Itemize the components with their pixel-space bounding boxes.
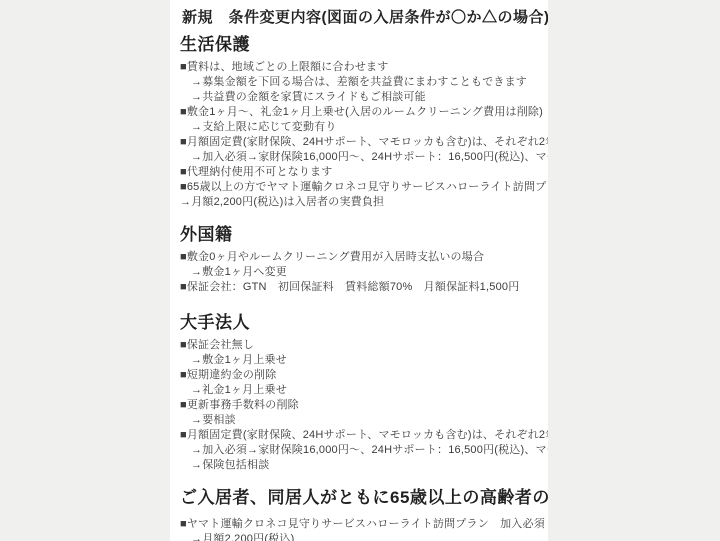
arrow-line: →月額2,200円(税込)は入居者の実費負担 (180, 195, 540, 210)
bullet-line: ■更新事務手数料の削除 (180, 398, 540, 413)
section-heading: 大手法人 (180, 313, 540, 332)
section-heading: ご入居者、同居人がともに65歳以上の高齢者の場合 (180, 488, 540, 507)
arrow-line: →礼金1ヶ月上乗せ (180, 383, 540, 398)
bullet-line: ■月額固定費(家財保険、24Hサポート、マモロッカも含む)は、それぞれ2年一括に… (180, 135, 540, 150)
bullet-line: ■保証会社：GTN 初回保証料 賃料総額70% 月額保証料1,500円 (180, 280, 540, 295)
bullet-line: ■賃料は、地域ごとの上限額に合わせます (180, 60, 540, 75)
arrow-line: →支給上限に応じて変動有り (180, 120, 540, 135)
section: 外国籍■敷金0ヶ月やルームクリーニング費用が入居時支払いの場合→敷金1ヶ月へ変更… (180, 225, 540, 295)
arrow-line: →保険包括相談 (180, 458, 540, 473)
section-heading: 外国籍 (180, 225, 540, 244)
arrow-line: →加入必須→家財保険16,000円～、24Hサポート：16,500円(税込)、マ… (180, 150, 540, 165)
sections-container: 生活保護■賃料は、地域ごとの上限額に合わせます→募集金額を下回る場合は、差額を共… (180, 35, 540, 541)
arrow-line: →加入必須→家財保険16,000円～、24Hサポート：16,500円(税込)、マ… (180, 443, 540, 458)
bullet-line: ■敷金0ヶ月やルームクリーニング費用が入居時支払いの場合 (180, 250, 540, 265)
document-panel: 新規 条件変更内容(図面の入居条件が〇か△の場合) 生活保護■賃料は、地域ごとの… (170, 0, 548, 541)
page-background: { "document": { "title": "新規 条件変更内容(図面の入… (0, 0, 720, 541)
arrow-line: →月額2,200円(税込) (180, 532, 540, 541)
arrow-line: →共益費の金額を家賃にスライドもご相談可能 (180, 90, 540, 105)
arrow-line: →募集金額を下回る場合は、差額を共益費にまわすこともできます (180, 75, 540, 90)
bullet-line: ■代理納付使用不可となります (180, 165, 540, 180)
arrow-line: →要相談 (180, 413, 540, 428)
bullet-line: ■月額固定費(家財保険、24Hサポート、マモロッカも含む)は、それぞれ2年一括に… (180, 428, 540, 443)
bullet-line: ■ヤマト運輸クロネコ見守りサービスハローライト訪問プラン 加入必須 (180, 517, 540, 532)
bullet-line: ■短期違約金の削除 (180, 368, 540, 383)
document-title: 新規 条件変更内容(図面の入居条件が〇か△の場合) (182, 8, 540, 28)
bullet-line: ■65歳以上の方でヤマト運輸クロネコ見守りサービスハローライト訪問プラン加入の場… (180, 180, 540, 195)
arrow-line: →敷金1ヶ月へ変更 (180, 265, 540, 280)
arrow-line: →敷金1ヶ月上乗せ (180, 353, 540, 368)
section: ご入居者、同居人がともに65歳以上の高齢者の場合■ヤマト運輸クロネコ見守りサービ… (180, 488, 540, 541)
section: 生活保護■賃料は、地域ごとの上限額に合わせます→募集金額を下回る場合は、差額を共… (180, 35, 540, 210)
bullet-line: ■敷金1ヶ月～、礼金1ヶ月上乗せ(入居のルームクリーニング費用は削除) (180, 105, 540, 120)
section: 大手法人■保証会社無し→敷金1ヶ月上乗せ■短期違約金の削除→礼金1ヶ月上乗せ■更… (180, 313, 540, 473)
section-heading: 生活保護 (180, 35, 540, 54)
bullet-line: ■保証会社無し (180, 338, 540, 353)
